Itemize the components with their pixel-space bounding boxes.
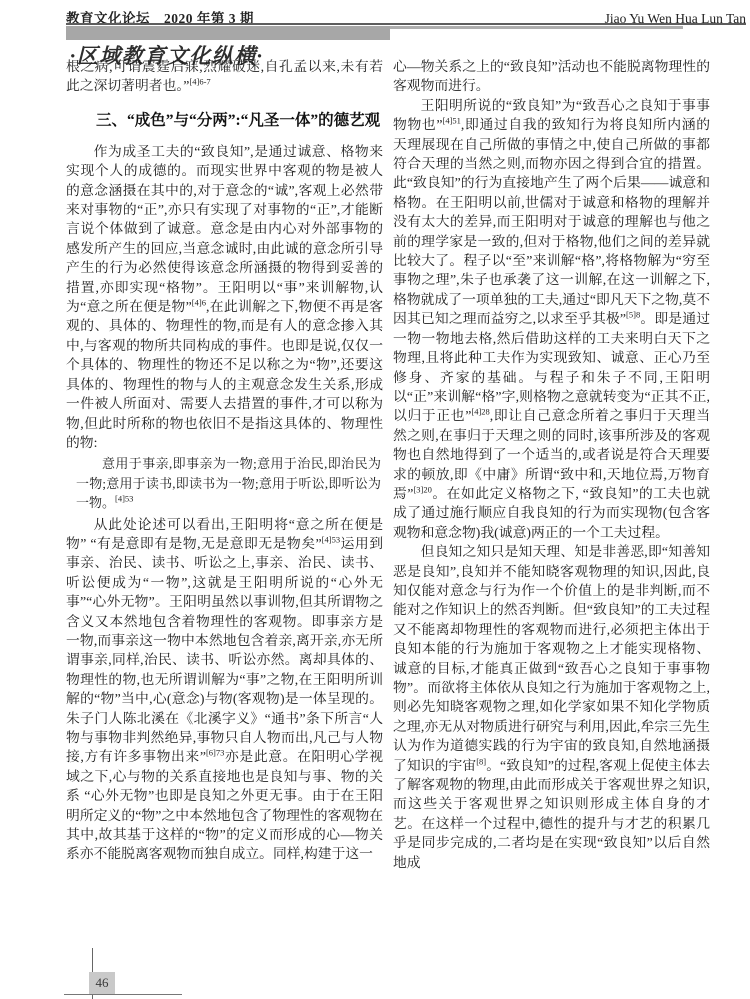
paragraph: 作为成圣工夫的“致良知”,是通过诚意、格物来实现个人的成德的。而现实世界中客观的… xyxy=(66,142,383,453)
right-column: 心—物关系之上的“致良知”活动也不能脱离物理性的客观物而进行。 王阳明所说的“致… xyxy=(393,57,710,872)
article-body: 根之病,可谓震霆启寐,烈耀破迷,自孔孟以来,未有若此之深切著明者也。”[4]6-… xyxy=(66,57,710,872)
section-band xyxy=(66,26,390,40)
left-column: 根之病,可谓震霆启寐,烈耀破迷,自孔孟以来,未有若此之深切著明者也。”[4]6-… xyxy=(66,57,383,872)
paragraph: 王阳明所说的“致良知”为“致吾心之良知于事事物物也”[4]51,即通过自我的致知… xyxy=(393,96,710,542)
page-number: 46 xyxy=(89,972,115,994)
section-band-strip xyxy=(390,26,683,29)
journal-page: 教育文化论坛 2020 年第 3 期 Jiao Yu Wen Hua Lun T… xyxy=(0,0,750,999)
header-rule xyxy=(66,23,746,25)
section-heading: 三、“成色”与“分两”:“凡圣一体”的德艺观 xyxy=(66,109,383,132)
paragraph: 但良知之知只是知天理、知是非善恶,即“知善知恶是良知”,良知并不能知晓客观物理的… xyxy=(393,542,710,872)
block-quote: 意用于事亲,即事亲为一物;意用于治民,即治民为一物;意用于读书,即读书为一物;意… xyxy=(76,454,381,512)
paragraph-continuation: 心—物关系之上的“致良知”活动也不能脱离物理性的客观物而进行。 xyxy=(393,57,710,96)
paragraph-continuation: 根之病,可谓震霆启寐,烈耀破迷,自孔孟以来,未有若此之深切著明者也。”[4]6-… xyxy=(66,57,383,96)
footer-horizontal-rule xyxy=(64,994,182,995)
paragraph: 从此处论述可以看出,王阳明将“意之所在便是物” “有是意即有是物,无是意即无是物… xyxy=(66,515,383,864)
